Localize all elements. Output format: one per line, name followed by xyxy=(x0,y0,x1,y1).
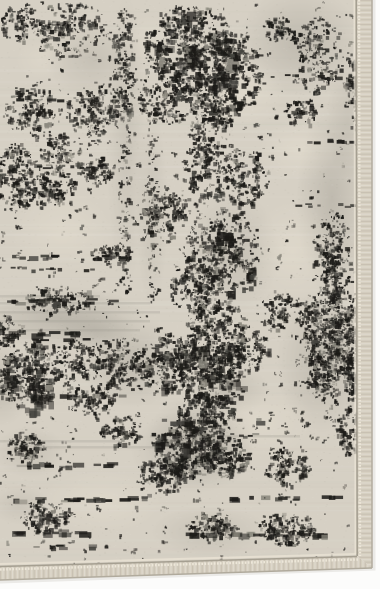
rug-product-photo xyxy=(0,0,380,589)
rug-corner-photo-canvas xyxy=(0,0,380,589)
